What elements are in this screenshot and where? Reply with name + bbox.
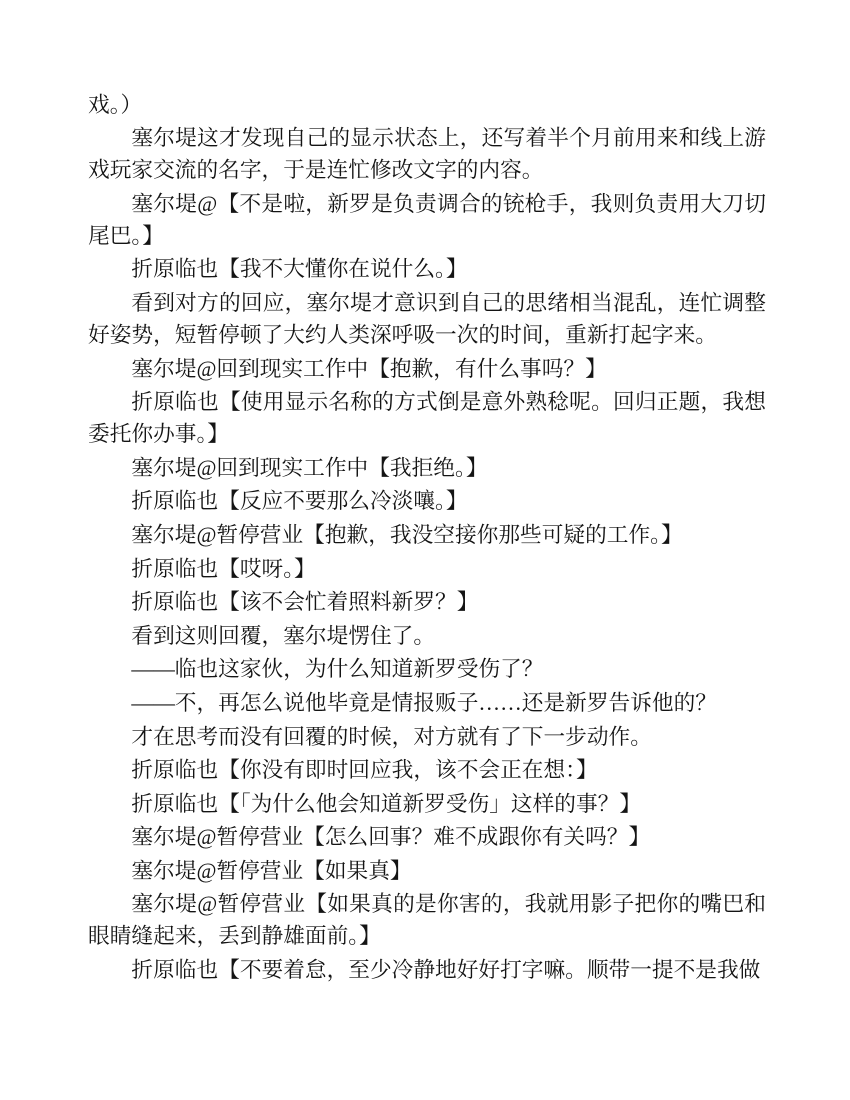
paragraph: 看到这则回覆，塞尔堤愣住了。 [88, 620, 766, 652]
paragraph: 塞尔堤@暂停营业【怎么回事？难不成跟你有关吗？】 [88, 821, 766, 853]
paragraph: 折原临也【使用显示名称的方式倒是意外熟稔呢。回归正题，我想委托你办事。】 [88, 386, 766, 450]
paragraph: 折原临也【「为什么他会知道新罗受伤」这样的事？】 [88, 788, 766, 820]
paragraph: 折原临也【该不会忙着照料新罗？】 [88, 586, 766, 618]
paragraph: 折原临也【哎呀。】 [88, 553, 766, 585]
paragraph: 塞尔堤@暂停营业【如果真的是你害的，我就用影子把你的嘴巴和眼睛缝起来，丢到静雄面… [88, 888, 766, 952]
paragraph: 戏。） [88, 89, 766, 121]
paragraph: 塞尔堤@暂停营业【抱歉，我没空接你那些可疑的工作。】 [88, 519, 766, 551]
paragraph: 塞尔堤@回到现实工作中【抱歉，有什么事吗？】 [88, 353, 766, 385]
paragraph: 折原临也【反应不要那么冷淡嚷。】 [88, 485, 766, 517]
text-body: 戏。）塞尔堤这才发现自己的显示状态上，还写着半个月前用来和线上游戏玩家交流的名字… [88, 89, 766, 986]
paragraph: ——不，再怎么说他毕竟是情报贩子……还是新罗告诉他的？ [88, 687, 766, 719]
paragraph: 塞尔堤@【不是啦，新罗是负责调合的铳枪手，我则负责用大刀切尾巴。】 [88, 188, 766, 252]
paragraph: 塞尔堤@暂停营业【如果真】 [88, 855, 766, 887]
paragraph: 才在思考而没有回覆的时候，对方就有了下一步动作。 [88, 721, 766, 753]
paragraph: 折原临也【你没有即时回应我，该不会正在想：】 [88, 754, 766, 786]
paragraph: 塞尔堤这才发现自己的显示状态上，还写着半个月前用来和线上游戏玩家交流的名字，于是… [88, 122, 766, 186]
paragraph: 塞尔堤@回到现实工作中【我拒绝。】 [88, 452, 766, 484]
paragraph: 折原临也【我不大懂你在说什么。】 [88, 253, 766, 285]
document-page: 戏。）塞尔堤这才发现自己的显示状态上，还写着半个月前用来和线上游戏玩家交流的名字… [0, 0, 850, 1100]
paragraph: 看到对方的回应，塞尔堤才意识到自己的思绪相当混乱，连忙调整好姿势，短暂停顿了大约… [88, 287, 766, 351]
paragraph: 折原临也【不要着怠，至少冷静地好好打字嘛。顺带一提不是我做 [88, 954, 766, 986]
paragraph: ——临也这家伙，为什么知道新罗受伤了？ [88, 653, 766, 685]
